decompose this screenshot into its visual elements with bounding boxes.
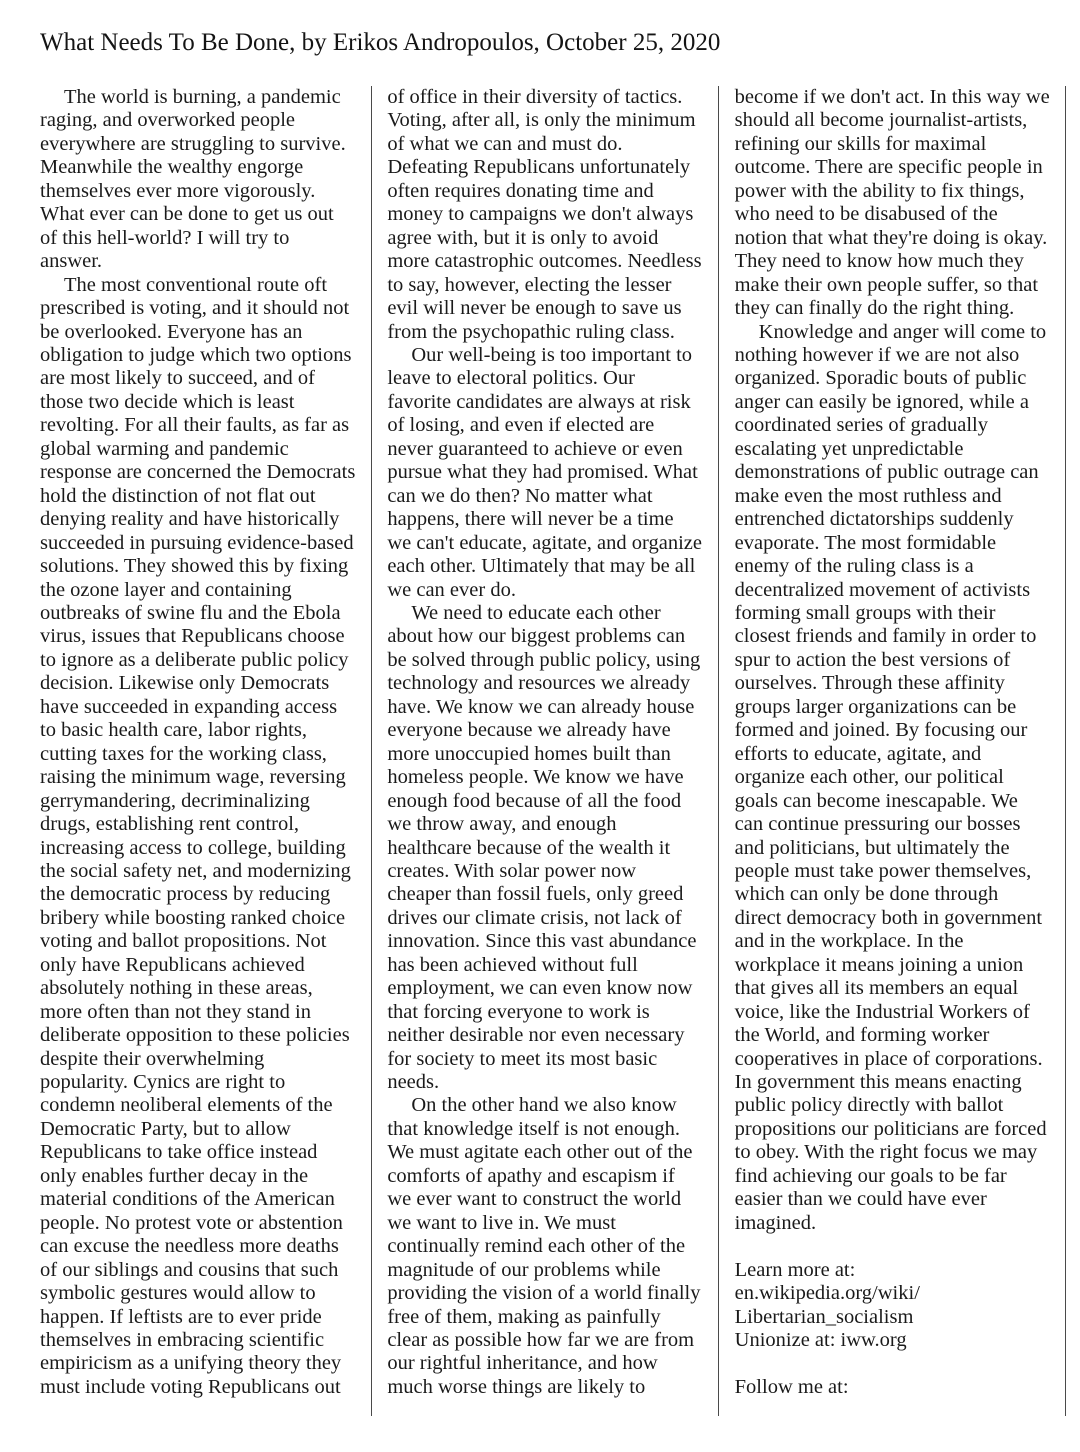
contact-line: en.wikipedia.org/wiki/ [735, 1282, 1050, 1305]
article-paragraph: Knowledge and anger will come to nothing… [735, 321, 1050, 1236]
article-paragraph: We need to educate each other about how … [387, 602, 702, 1095]
contact-line: Follow me at: [735, 1376, 1050, 1399]
contact-line: Learn more at: [735, 1259, 1050, 1282]
article-paragraph: The world is burning, a pandemic raging,… [40, 86, 355, 274]
contact-line: Unionize at: iww.org [735, 1329, 1050, 1352]
article-body: The world is burning, a pandemic raging,… [40, 86, 1050, 1416]
article-paragraph: Our well-being is too important to leave… [387, 344, 702, 602]
document-page: What Needs To Be Done, by Erikos Andropo… [0, 0, 1080, 1452]
contact-block: Learn more at:en.wikipedia.org/wiki/Libe… [735, 1259, 1050, 1353]
contact-line: Libertarian_socialism [735, 1306, 1050, 1329]
document-title: What Needs To Be Done, by Erikos Andropo… [40, 28, 720, 58]
